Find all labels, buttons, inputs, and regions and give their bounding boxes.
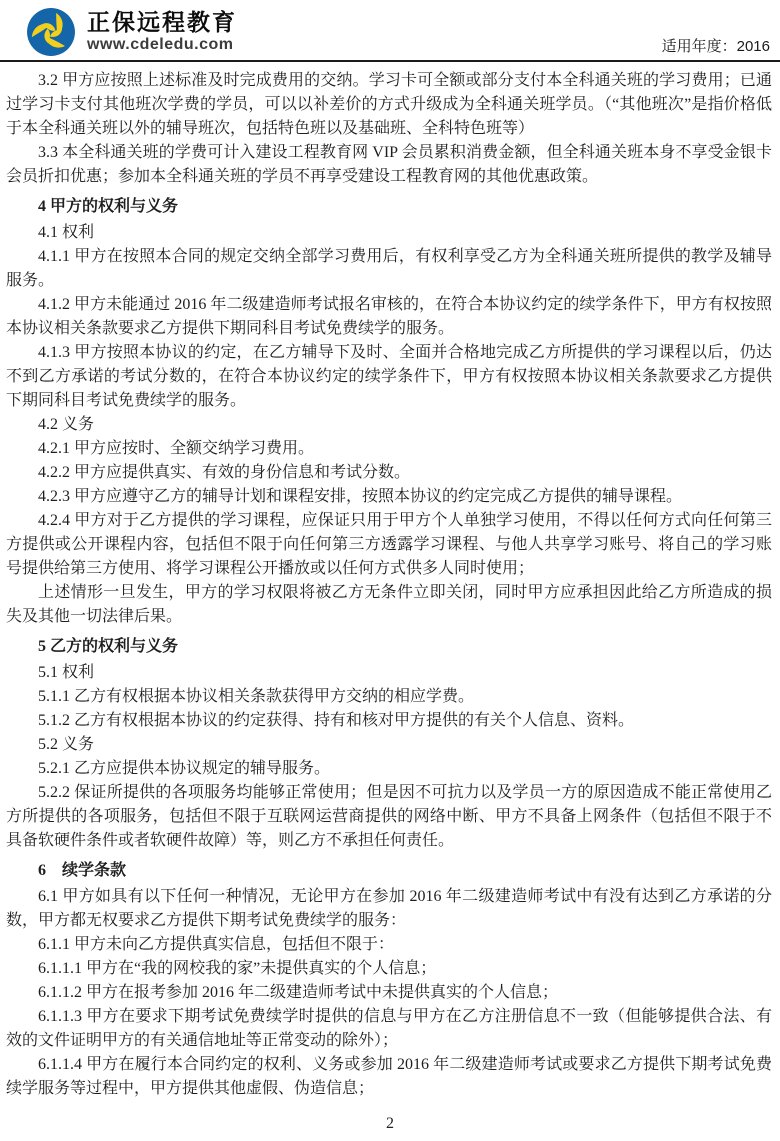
contract-paragraph: 4.1.1 甲方在按照本合同的规定交纳全部学习费用后，有权利享受乙方为全科通关班…: [6, 245, 772, 293]
contract-paragraph: 5.1.1 乙方有权根据本协议相关条款获得甲方交纳的相应学费。: [6, 685, 772, 709]
document-body: 3.2 甲方应按照上述标准及时完成费用的交纳。学习卡可全额或部分支付本全科通关班…: [0, 62, 780, 1101]
contract-paragraph: 6.1 甲方如具有以下任何一种情况，无论甲方在参加 2016 年二级建造师考试中…: [6, 885, 772, 933]
contract-paragraph: 5.2 义务: [6, 733, 772, 757]
contract-paragraph: 4.2.2 甲方应提供真实、有效的身份信息和考试分数。: [6, 461, 772, 485]
section-heading: 5 乙方的权利与义务: [6, 635, 772, 659]
contract-paragraph: 6.1.1.3 甲方在要求下期考试免费续学时提供的信息与甲方在乙方注册信息不一致…: [6, 1005, 772, 1053]
contract-paragraph: 4.2.1 甲方应按时、全额交纳学习费用。: [6, 437, 772, 461]
contract-paragraph: 6.1.1.1 甲方在“我的网校我的家”未提供真实的个人信息；: [6, 957, 772, 981]
contract-paragraph: 上述情形一旦发生，甲方的学习权限将被乙方无条件立即关闭，同时甲方应承担因此给乙方…: [6, 581, 772, 629]
section-heading: 6 续学条款: [6, 859, 772, 883]
contract-paragraph: 5.2.1 乙方应提供本协议规定的辅导服务。: [6, 757, 772, 781]
contract-paragraph: 6.1.1.4 甲方在履行本合同约定的权利、义务或参加 2016 年二级建造师考…: [6, 1053, 772, 1101]
contract-paragraph: 4.2 义务: [6, 413, 772, 437]
contract-paragraph: 5.2.2 保证所提供的各项服务均能够正常使用；但是因不可抗力以及学员一方的原因…: [6, 781, 772, 853]
page-number: 2: [0, 1115, 780, 1133]
contract-paragraph: 4.1.2 甲方未能通过 2016 年二级建造师考试报名审核的，在符合本协议约定…: [6, 293, 772, 341]
swirl-globe-logo-icon: [26, 7, 76, 57]
contract-paragraph: 3.3 本全科通关班的学费可计入建设工程教育网 VIP 会员累积消费金额，但全科…: [6, 141, 772, 189]
contract-paragraph: 6.1.1.2 甲方在报考参加 2016 年二级建造师考试中未提供真实的个人信息…: [6, 981, 772, 1005]
contract-paragraph: 5.1 权利: [6, 661, 772, 685]
contract-paragraph: 4.2.4 甲方对于乙方提供的学习课程，应保证只用于甲方个人单独学习使用，不得以…: [6, 509, 772, 581]
contract-paragraph: 6.1.1 甲方未向乙方提供真实信息，包括但不限于：: [6, 933, 772, 957]
brand-block: 正保远程教育 www.cdeledu.com: [26, 1, 237, 57]
section-heading: 4 甲方的权利与义务: [6, 195, 772, 219]
brand-text: 正保远程教育 www.cdeledu.com: [87, 10, 237, 54]
contract-paragraph: 3.2 甲方应按照上述标准及时完成费用的交纳。学习卡可全额或部分支付本全科通关班…: [6, 69, 772, 141]
brand-url: www.cdeledu.com: [87, 36, 237, 54]
applicable-year-label: 适用年度：2016: [662, 35, 770, 57]
contract-paragraph: 5.1.2 乙方有权根据本协议的约定获得、持有和核对甲方提供的有关个人信息、资料…: [6, 709, 772, 733]
page-header: 正保远程教育 www.cdeledu.com 适用年度：2016: [0, 0, 780, 62]
contract-paragraph: 4.1.3 甲方按照本协议的约定，在乙方辅导下及时、全面并合格地完成乙方所提供的…: [6, 341, 772, 413]
contract-paragraph: 4.2.3 甲方应遵守乙方的辅导计划和课程安排，按照本协议的约定完成乙方提供的辅…: [6, 485, 772, 509]
brand-name: 正保远程教育: [87, 10, 237, 36]
contract-page: 正保远程教育 www.cdeledu.com 适用年度：2016 3.2 甲方应…: [0, 0, 780, 1141]
contract-paragraph: 4.1 权利: [6, 221, 772, 245]
